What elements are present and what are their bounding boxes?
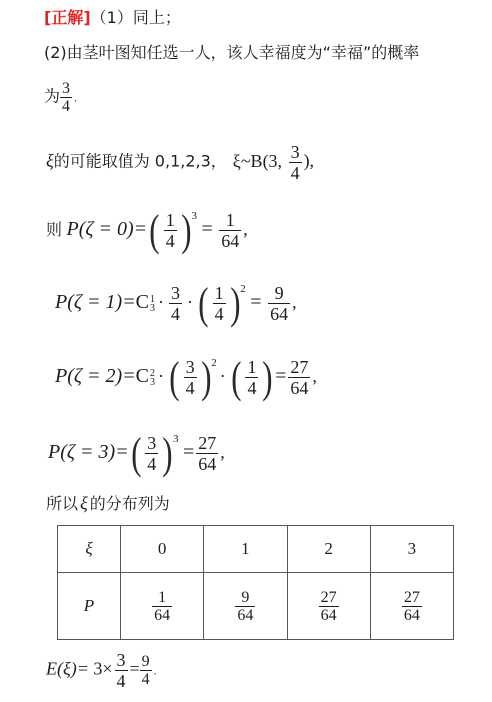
denominator: 64 [288, 377, 310, 398]
p2-lhs: P(ζ = 2)= [55, 365, 136, 387]
right-paren: ) [181, 209, 191, 253]
numerator: 1 [224, 210, 237, 230]
p3-equation: P(ζ = 3)=(34)3 =2764, [48, 428, 225, 476]
left-paren: ( [131, 432, 141, 476]
numerator: 1 [245, 357, 258, 377]
fraction: 34 [60, 80, 72, 115]
combination-indices: 13 [150, 295, 155, 313]
denominator: 64 [319, 606, 339, 624]
fraction: 14 [213, 283, 226, 324]
numerator: 27 [196, 433, 218, 453]
denominator: 64 [219, 230, 241, 251]
binomial-dist: ξ~B(3, [233, 151, 282, 171]
comma: , [312, 366, 317, 386]
fraction: 34 [184, 357, 197, 398]
denominator: 64 [196, 453, 218, 474]
table-cell: 2 [287, 526, 370, 573]
p2-equation: P(ζ = 2)=C23·(34)2·(14)=2764, [55, 352, 317, 400]
xi-values-text: 的可能取值为 0,1,2,3， [54, 152, 227, 171]
numerator: 1 [156, 589, 168, 606]
denominator: 4 [169, 303, 182, 324]
comma: , [220, 442, 225, 462]
fraction: 964 [235, 589, 255, 624]
numerator: 1 [213, 283, 226, 303]
part2-prefix: 为 [44, 87, 60, 106]
p0-equation: 则 P(ζ = 0)=(14)3 = 164, [46, 205, 248, 253]
denominator: 64 [235, 606, 255, 624]
exponent: 3 [191, 210, 197, 222]
fraction: 14 [245, 357, 258, 398]
comb-sub: 3 [150, 304, 155, 313]
p3-lhs: P(ζ = 3)= [48, 441, 129, 463]
numerator: 27 [402, 589, 422, 606]
denominator: 4 [60, 97, 72, 115]
table-row: ξ 0 1 2 3 [58, 526, 454, 573]
fraction: 2764 [402, 589, 422, 624]
xi-symbol: ξ [80, 493, 88, 513]
part1-text: （1）同上； [91, 8, 181, 27]
close-paren: ), [304, 151, 315, 171]
p0-lhs: P(ζ = 0)= [67, 218, 148, 240]
table-cell: 0 [121, 526, 204, 573]
fraction: 164 [152, 589, 172, 624]
denominator: 64 [402, 606, 422, 624]
table-cell: 2764 [370, 573, 453, 640]
part2-probability: 为34. [44, 80, 77, 115]
fraction: 2764 [319, 589, 339, 624]
equals: = [183, 441, 194, 463]
fraction: 34 [145, 433, 158, 474]
dot-operator: · [220, 366, 226, 386]
fraction: 2764 [196, 433, 218, 474]
fraction: 34 [289, 142, 302, 183]
left-paren: ( [198, 282, 208, 326]
numerator: 27 [319, 589, 339, 606]
table-cell: 3 [370, 526, 453, 573]
fraction: 2764 [288, 357, 310, 398]
numerator: 3 [145, 433, 158, 453]
table-cell: 1 [204, 526, 287, 573]
fraction: 34 [169, 283, 182, 324]
numerator: 3 [289, 142, 302, 162]
numerator: 9 [273, 283, 286, 303]
denominator: 4 [184, 377, 197, 398]
denominator: 4 [140, 670, 152, 688]
dot-operator: · [158, 366, 164, 386]
xi-values-line: ξ的可能取值为 0,1,2,3，ξ~B(3, 34), [46, 142, 314, 183]
denominator: 4 [164, 230, 177, 251]
equals: = [250, 291, 261, 313]
distribution-table: ξ 0 1 2 3 P 164 964 2764 2764 [57, 525, 454, 640]
period: . [154, 664, 157, 678]
fraction: 164 [219, 210, 241, 251]
comma: , [292, 292, 297, 312]
combination-symbol: C [136, 365, 149, 387]
p1-lhs: P(ζ = 1)= [55, 291, 136, 313]
xi-symbol: ξ [46, 151, 54, 171]
table-cell: 964 [204, 573, 287, 640]
right-paren: ) [263, 356, 273, 400]
period: . [74, 91, 77, 105]
exponent: 2 [240, 283, 246, 295]
dot-operator: · [158, 292, 164, 312]
combination-symbol: C [136, 291, 149, 313]
comma: , [243, 219, 248, 239]
dot-operator: · [187, 292, 193, 312]
equals: = [201, 218, 212, 240]
denominator: 64 [152, 606, 172, 624]
numerator: 9 [140, 653, 152, 670]
solution-header: [正解]（1）同上； [44, 6, 181, 29]
numerator: 3 [115, 650, 128, 670]
denominator: 4 [245, 377, 258, 398]
denominator: 4 [145, 453, 158, 474]
fraction: 14 [164, 210, 177, 251]
equals: = [130, 659, 140, 679]
table-cell: 2764 [287, 573, 370, 640]
denominator: 4 [115, 670, 128, 691]
denominator: 4 [213, 303, 226, 324]
right-paren: ) [230, 282, 240, 326]
table-cell: 164 [121, 573, 204, 640]
denominator: 4 [289, 162, 302, 183]
table-header-xi: ξ [58, 526, 121, 573]
then-label: 则 [46, 220, 62, 239]
left-paren: ( [149, 209, 159, 253]
table-header-p: P [58, 573, 121, 640]
numerator: 3 [184, 357, 197, 377]
right-paren: ) [162, 432, 172, 476]
expectation-equation: E(ξ)= 3×34=94. [46, 650, 157, 691]
numerator: 27 [288, 357, 310, 377]
numerator: 3 [169, 283, 182, 303]
right-paren: ) [201, 356, 211, 400]
expectation-mid: 3× [93, 659, 112, 679]
left-paren: ( [231, 356, 241, 400]
distribution-label: 的分布列为 [90, 494, 170, 513]
part2-text: (2)由茎叶图知任选一人，该人幸福度为“幸福”的概率 [44, 42, 419, 64]
fraction: 34 [115, 650, 128, 691]
expectation-lhs: E(ξ)= [46, 659, 89, 679]
equals: = [275, 365, 286, 387]
comb-sub: 3 [150, 378, 155, 387]
numerator: 1 [164, 210, 177, 230]
exponent: 3 [173, 433, 179, 445]
denominator: 64 [268, 303, 290, 324]
therefore-label: 所以 [46, 494, 78, 513]
numerator: 3 [60, 80, 72, 97]
p1-equation: P(ζ = 1)=C13·34·(14)2 = 964, [55, 278, 297, 326]
numerator: 9 [239, 589, 251, 606]
left-paren: ( [169, 356, 179, 400]
distribution-intro: 所以ξ的分布列为 [46, 492, 170, 515]
fraction: 964 [268, 283, 290, 324]
solution-tag: [正解] [44, 8, 91, 27]
fraction: 94 [140, 653, 152, 688]
table-row: P 164 964 2764 2764 [58, 573, 454, 640]
combination-indices: 23 [150, 369, 155, 387]
exponent: 2 [211, 357, 217, 369]
